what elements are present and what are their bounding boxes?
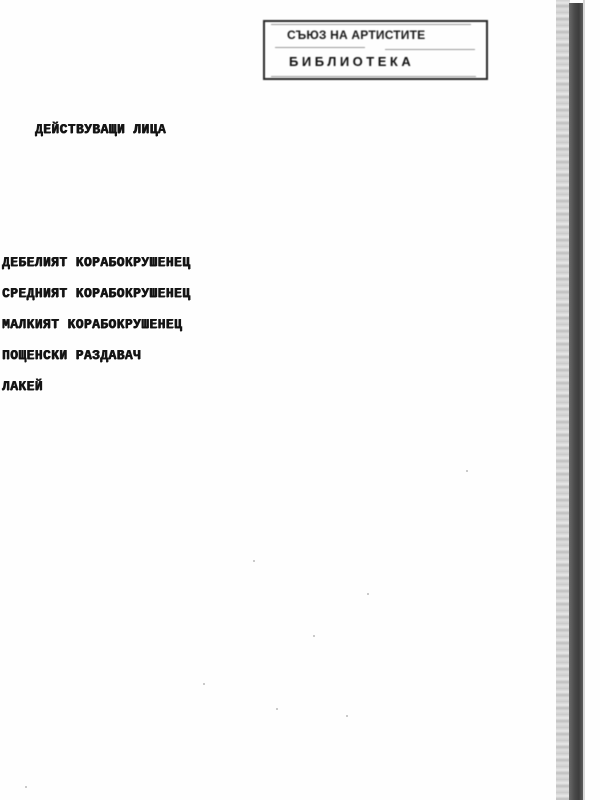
scan-speck — [25, 786, 27, 788]
stamp-rule-mid-right — [385, 49, 475, 50]
scan-speck — [346, 715, 348, 717]
cast-item: ДЕБЕЛИЯТ КОРАБОКРУШЕНЕЦ — [2, 253, 190, 284]
cast-item: СРЕДНИЯТ КОРАБОКРУШЕНЕЦ — [2, 284, 190, 315]
cast-list: ДЕБЕЛИЯТ КОРАБОКРУШЕНЕЦ СРЕДНИЯТ КОРАБОК… — [2, 253, 207, 408]
stamp-rule-mid-left — [275, 47, 365, 48]
scan-speck — [466, 470, 468, 472]
stamp-union-name: СЪЮЗ НА АРТИСТИТЕ — [287, 28, 425, 42]
stamp-rule-top — [271, 24, 471, 25]
binding-edge-dark — [569, 3, 583, 800]
cast-heading: ДЕЙСТВУВАЩИ ЛИЦА — [35, 122, 166, 138]
cast-item: ЛАКЕЙ — [2, 377, 190, 408]
scan-speck — [203, 683, 205, 685]
binding-shadow — [556, 0, 570, 800]
scan-speck — [276, 708, 278, 710]
binding-edge-highlight — [583, 0, 585, 800]
scanned-page: СЪЮЗ НА АРТИСТИТЕ БИБЛИОТЕКА ДЕЙСТВУВАЩИ… — [0, 0, 600, 800]
scan-speck — [253, 560, 255, 562]
library-stamp: СЪЮЗ НА АРТИСТИТЕ БИБЛИОТЕКА — [263, 20, 488, 80]
cast-item: МАЛКИЯТ КОРАБОКРУШЕНЕЦ — [2, 315, 190, 346]
scan-speck — [313, 635, 315, 637]
stamp-library-label: БИБЛИОТЕКА — [289, 54, 414, 69]
stamp-rule-bottom — [271, 76, 476, 77]
scan-speck — [367, 593, 369, 595]
cast-item: ПОЩЕНСКИ РАЗДАВАЧ — [2, 346, 190, 377]
